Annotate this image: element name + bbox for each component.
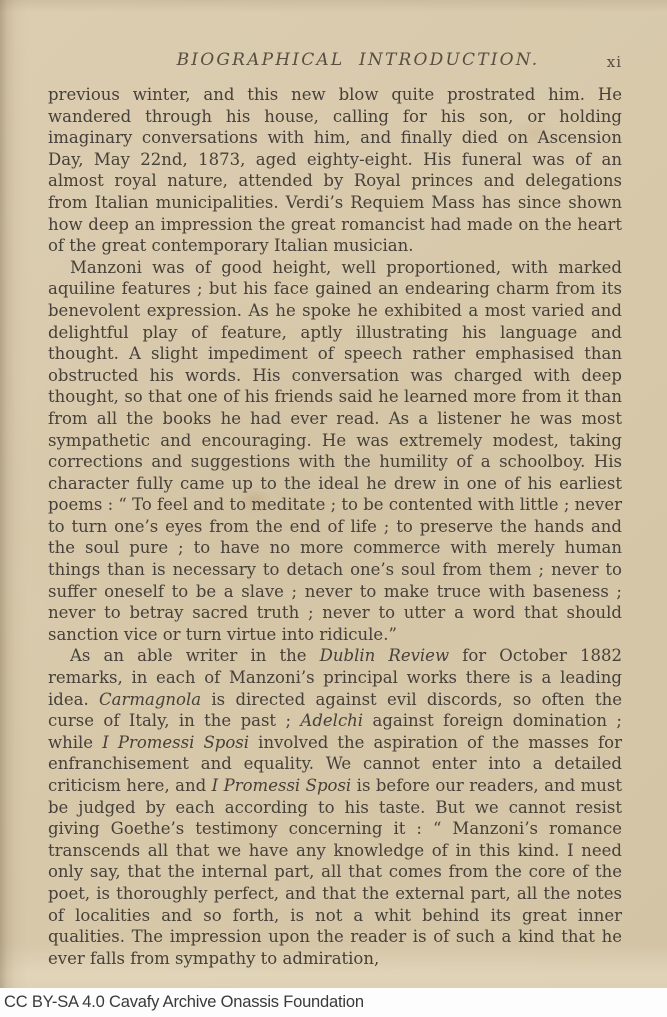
running-header: BIOGRAPHICAL INTRODUCTION. xi: [48, 50, 622, 76]
text-run: As an able writer in the: [70, 646, 320, 665]
italic-text-run: Dublin Review: [320, 646, 449, 665]
text-run: Manzoni was of good height, well proport…: [48, 258, 622, 644]
text-run: previous winter, and this new blow quite…: [48, 85, 622, 255]
scanned-book-page: BIOGRAPHICAL INTRODUCTION. xi previous w…: [0, 0, 667, 1017]
text-run: is before our readers, and must be judge…: [48, 776, 622, 968]
italic-text-run: I Promessi Sposi: [212, 776, 352, 795]
italic-text-run: I Promessi Sposi: [102, 733, 249, 752]
italic-text-run: Adelchi: [300, 711, 363, 730]
page-title: BIOGRAPHICAL INTRODUCTION.: [48, 50, 622, 70]
license-footer: CC BY-SA 4.0 Cavafy Archive Onassis Foun…: [0, 988, 667, 1017]
italic-text-run: Carmagnola: [99, 690, 201, 709]
paragraph: As an able writer in the Dublin Review f…: [48, 645, 622, 969]
paragraph: previous winter, and this new blow quite…: [48, 84, 622, 257]
book-page-paper: BIOGRAPHICAL INTRODUCTION. xi previous w…: [0, 0, 667, 988]
page-body: previous winter, and this new blow quite…: [48, 84, 622, 969]
page-number: xi: [607, 53, 622, 71]
license-text: CC BY-SA 4.0 Cavafy Archive Onassis Foun…: [0, 993, 364, 1012]
paragraph: Manzoni was of good height, well proport…: [48, 257, 622, 646]
